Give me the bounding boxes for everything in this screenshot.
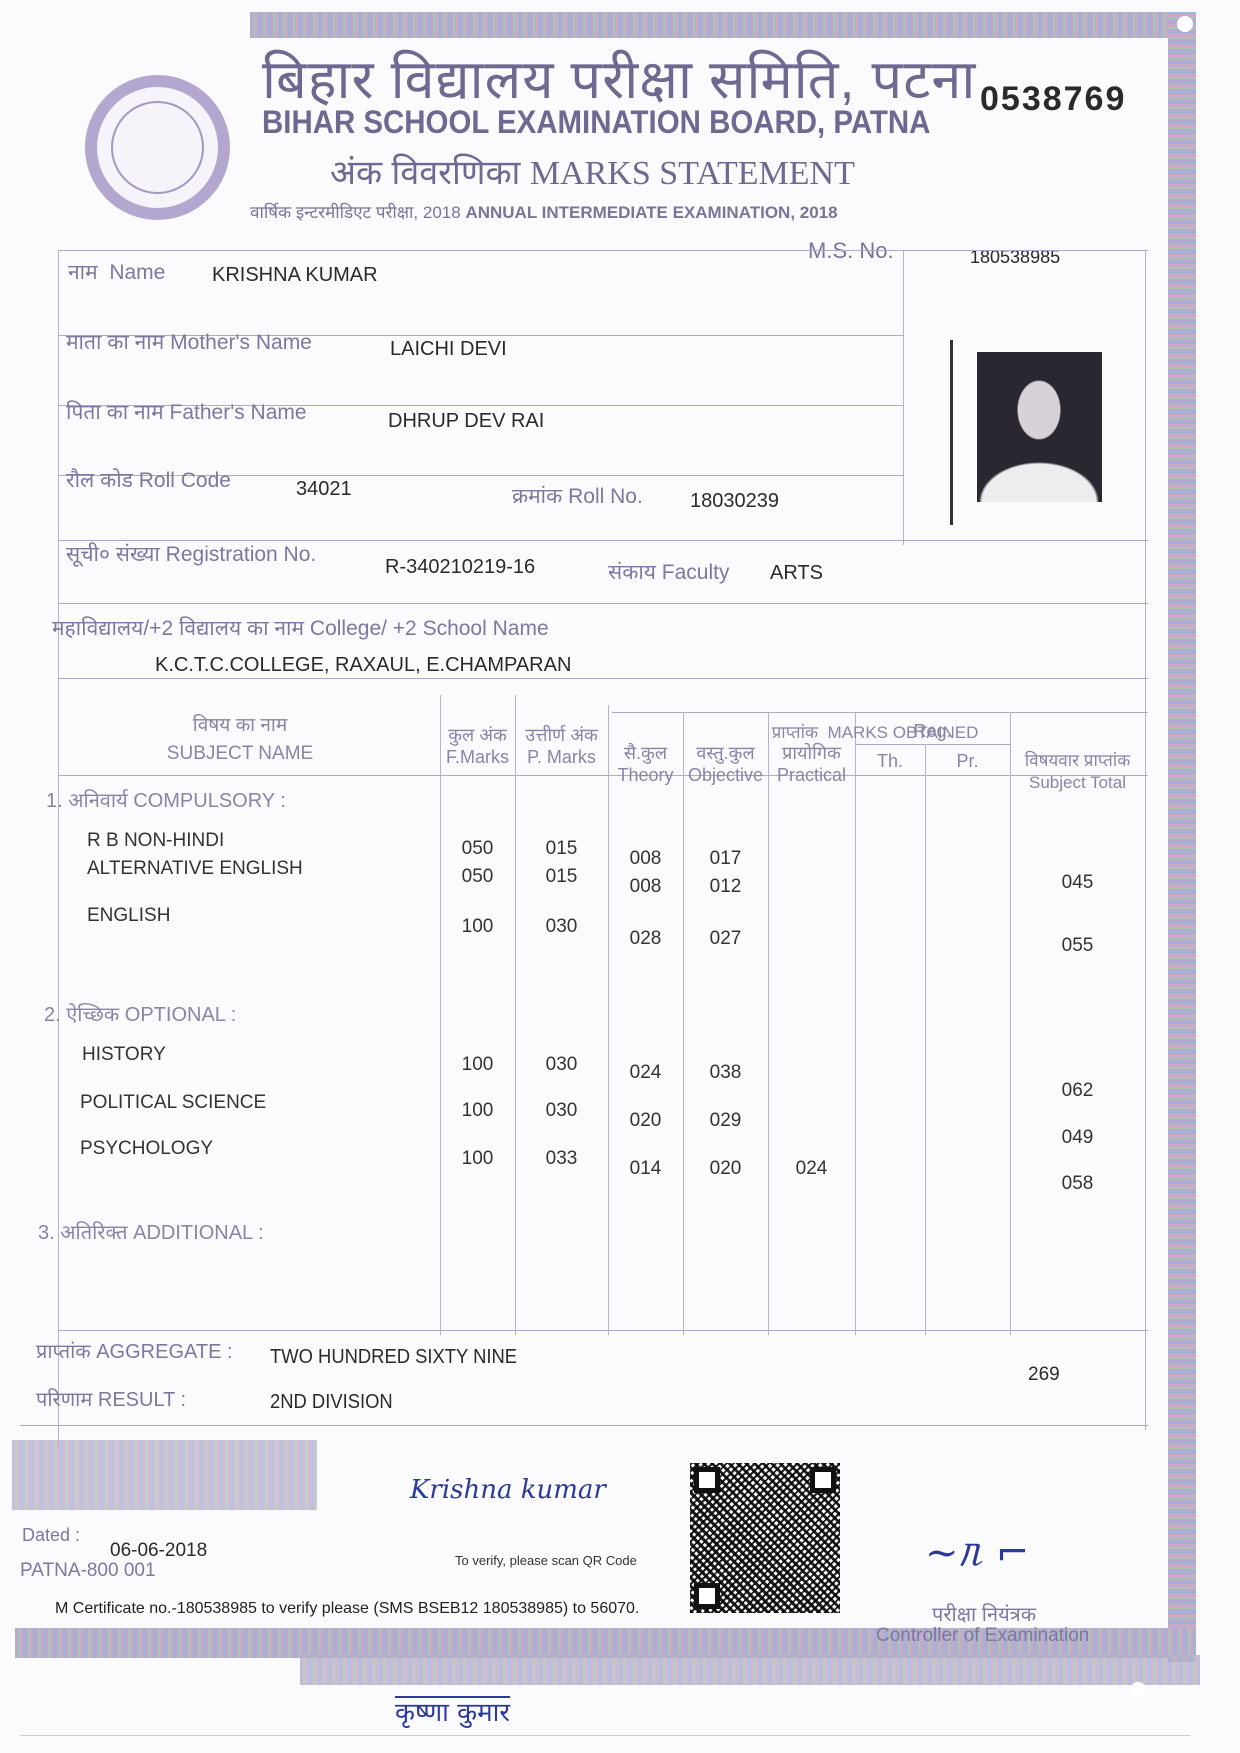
cell-f: 050 <box>440 838 515 860</box>
cell-p: 030 <box>515 916 608 938</box>
cell-subject-total: 058 <box>1010 1173 1145 1195</box>
controller-title: Controller of Examination <box>876 1625 1089 1647</box>
title-hindi: बिहार विद्यालय परीक्षा समिति, पटना <box>262 40 976 114</box>
faculty-value: ARTS <box>770 562 823 585</box>
aggregate-label: प्राप्तांक AGGREGATE : <box>36 1337 233 1364</box>
father-label: पिता का नाम Father's Name <box>66 398 307 426</box>
student-signature: Krishna kumar <box>410 1475 606 1505</box>
cell-subject-total: 045 <box>1010 872 1145 894</box>
subject-name: PSYCHOLOGY <box>80 1138 213 1160</box>
subject-name: ALTERNATIVE ENGLISH <box>87 858 303 880</box>
cell-p: 015 <box>515 866 608 888</box>
cell-objective: 038 <box>683 1062 768 1084</box>
section-optional: 2. ऐच्छिक OPTIONAL : <box>44 1000 236 1027</box>
cell-objective: 017 <box>683 848 768 870</box>
qr-code[interactable] <box>690 1463 840 1613</box>
cell-p: 030 <box>515 1100 608 1122</box>
title-english: BIHAR SCHOOL EXAMINATION BOARD, PATNA <box>262 104 930 141</box>
student-photo <box>977 352 1102 502</box>
exam-line: वार्षिक इन्टरमीडिएट परीक्षा, 2018 ANNUAL… <box>250 200 838 223</box>
roll-no-label: क्रमांक Roll No. <box>512 482 643 510</box>
roll-code-value: 34021 <box>296 478 352 501</box>
mother-label: माता का नाम Mother's Name <box>66 328 312 356</box>
certificate-note: M Certificate no.-180538985 to verify pl… <box>55 1600 639 1618</box>
roll-code-label: रौल कोड Roll Code <box>66 466 231 494</box>
aggregate-total: 269 <box>1028 1364 1060 1386</box>
serial-number: 0538769 <box>980 80 1126 119</box>
section-additional: 3. अतिरिक्त ADDITIONAL : <box>38 1218 264 1245</box>
border-corner-dot <box>1130 1682 1146 1698</box>
header-subject-total: विषयवार प्राप्तांक Subject Total <box>1010 750 1145 794</box>
subject-name: ENGLISH <box>87 905 170 927</box>
border-right <box>1168 12 1196 1662</box>
exam-english: ANNUAL INTERMEDIATE EXAMINATION, 2018 <box>465 203 837 222</box>
college-label: महाविद्यालय/+2 विद्यालय का नाम College/ … <box>52 614 549 642</box>
cell-objective: 012 <box>683 876 768 898</box>
roll-no-value: 18030239 <box>690 490 779 513</box>
hologram-strip <box>12 1440 317 1510</box>
cell-subject-total: 049 <box>1010 1127 1145 1149</box>
cell-f: 100 <box>440 1148 515 1170</box>
cell-theory: 008 <box>608 876 683 898</box>
registration-value: R-340210219-16 <box>385 556 535 579</box>
controller-signature: ~ᥰ ⌐ <box>925 1530 1029 1576</box>
cell-objective: 027 <box>683 928 768 950</box>
header-fmarks: कुल अंक F.Marks <box>440 724 515 768</box>
cell-theory: 014 <box>608 1158 683 1180</box>
cell-objective: 029 <box>683 1110 768 1132</box>
ms-no-label: M.S. No. <box>808 238 894 264</box>
registration-label: सूची० संख्या Registration No. <box>66 540 316 568</box>
cell-objective: 020 <box>683 1158 768 1180</box>
header-reg-pr: Pr. <box>925 750 1010 772</box>
statement-english: MARKS STATEMENT <box>530 155 855 192</box>
cell-p: 015 <box>515 838 608 860</box>
header-practical: प्रायोगिक Practical <box>768 742 855 786</box>
border-corner-dot <box>1177 16 1193 32</box>
place: PATNA-800 001 <box>20 1560 156 1582</box>
header-pmarks: उत्तीर्ण अंक P. Marks <box>515 724 608 768</box>
qr-verify-note: To verify, please scan QR Code <box>455 1553 637 1568</box>
border-top <box>250 12 1185 38</box>
aggregate-words: TWO HUNDRED SIXTY NINE <box>270 1346 517 1369</box>
exam-hindi: वार्षिक इन्टरमीडिएट परीक्षा, 2018 <box>250 203 461 222</box>
statement-hindi: अंक विवरणिका <box>330 154 520 192</box>
dated-label: Dated : <box>22 1525 80 1546</box>
statement-title: अंक विवरणिका MARKS STATEMENT <box>330 148 855 194</box>
cell-p: 033 <box>515 1148 608 1170</box>
date-value: 06-06-2018 <box>110 1540 207 1562</box>
cell-theory: 020 <box>608 1110 683 1132</box>
border-bottom-lower <box>300 1655 1200 1685</box>
hindi-signature: कृष्णा कुमार <box>395 1693 510 1729</box>
father-value: DHRUP DEV RAI <box>388 410 544 433</box>
college-value: K.C.T.C.COLLEGE, RAXAUL, E.CHAMPARAN <box>155 654 571 677</box>
header-reg: Reg. <box>855 720 1010 742</box>
cell-practical: 024 <box>768 1158 855 1180</box>
subject-name: R B NON-HINDI <box>87 830 224 852</box>
cell-f: 100 <box>440 1054 515 1076</box>
header-objective: वस्तु.कुल Objective <box>683 742 768 786</box>
cell-f: 050 <box>440 866 515 888</box>
cell-f: 100 <box>440 1100 515 1122</box>
cell-theory: 028 <box>608 928 683 950</box>
subject-name: HISTORY <box>82 1044 166 1066</box>
cell-subject-total: 062 <box>1010 1080 1145 1102</box>
board-seal-logo <box>85 75 230 220</box>
subject-name: POLITICAL SCIENCE <box>80 1092 266 1114</box>
header-subject: विषय का नाम SUBJECT NAME <box>140 712 340 768</box>
name-label: नाम Name <box>68 258 165 286</box>
result-value: 2ND DIVISION <box>270 1391 393 1414</box>
cell-f: 100 <box>440 916 515 938</box>
cell-theory: 024 <box>608 1062 683 1084</box>
mother-value: LAICHI DEVI <box>390 338 507 361</box>
section-compulsory: 1. अनिवार्य COMPULSORY : <box>46 786 286 813</box>
faculty-label: संकाय Faculty <box>608 558 729 586</box>
name-value: KRISHNA KUMAR <box>212 264 378 287</box>
controller-title-hindi: परीक्षा नियंत्रक <box>932 1600 1036 1627</box>
cell-p: 030 <box>515 1054 608 1076</box>
header-reg-th: Th. <box>855 750 925 772</box>
result-label: परिणाम RESULT : <box>36 1385 186 1412</box>
cell-theory: 008 <box>608 848 683 870</box>
header-theory: सै.कुल Theory <box>608 742 683 786</box>
cell-subject-total: 055 <box>1010 935 1145 957</box>
